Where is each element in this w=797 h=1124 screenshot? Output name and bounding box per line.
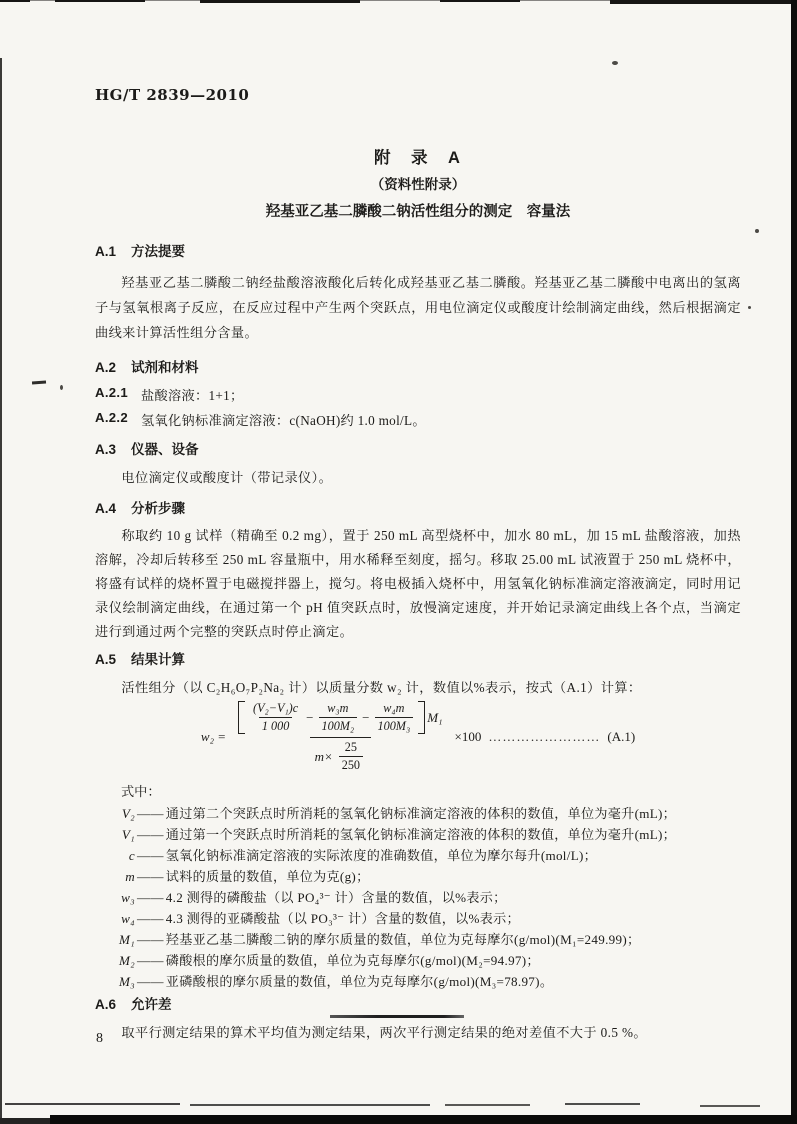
- section-a2-number: A.2: [95, 360, 116, 375]
- scan-bottom-edge: [50, 1115, 797, 1124]
- definition-row: V₁ —— 通过第一个突跃点时所消耗的氢氧化钠标准滴定溶液的体积的数值，单位为毫…: [95, 824, 741, 845]
- section-a2-heading: A.2 试剂和材料: [95, 356, 741, 376]
- scan-top-edge-segment: [0, 0, 30, 2]
- appendix-title: 附 录 A: [95, 144, 741, 168]
- section-a5-intro: 活性组分（以 C₂H₆O₇P₂Na₂ 计）以质量分数 w₂ 计，数值以%表示，按…: [95, 677, 741, 696]
- section-a5-title: 结果计算: [131, 648, 185, 668]
- leader-dots: ……………………: [488, 729, 600, 745]
- section-a4-body: 称取约 10 g 试样（精确至 0.2 mg），置于 250 mL 高型烧杯中，…: [95, 524, 741, 644]
- scan-left-edge: [0, 58, 2, 1124]
- page-number: 8: [96, 1031, 103, 1047]
- clause-a2-2: A.2.2 氢氧化钠标准滴定溶液：c(NaOH)约 1.0 mol/L。: [95, 410, 741, 429]
- scan-bottom-edge: [0, 1118, 50, 1124]
- right-square-bracket: [418, 701, 425, 734]
- equation-label: (A.1): [607, 729, 635, 745]
- section-a5-number: A.5: [95, 652, 116, 667]
- fraction-term-2: w₃m 100M₂: [319, 701, 358, 734]
- definition-row: w₃ —— 4.2 测得的磷酸盐（以 PO₄³⁻ 计）含量的数值，以%表示；: [95, 887, 741, 908]
- section-a6-body: 取平行测定结果的算术平均值为测定结果，两次平行测定结果的绝对差值不大于 0.5 …: [95, 1022, 741, 1041]
- definition-row: M₁ —— 羟基亚乙基二膦酸二钠的摩尔质量的数值，单位为克每摩尔(g/mol)(…: [95, 929, 741, 950]
- definition-row: M₃ —— 亚磷酸根的摩尔质量的数值，单位为克每摩尔(g/mol)(M₃=78.…: [95, 971, 741, 992]
- section-a6-title: 允许差: [131, 993, 172, 1013]
- denominator-fraction: 25 250: [339, 740, 363, 773]
- clause-a2-1-number: A.2.1: [95, 385, 128, 404]
- scan-fold-line: [700, 1105, 760, 1107]
- equation-lhs: w₂ =: [201, 729, 226, 745]
- section-a2-title: 试剂和材料: [131, 356, 199, 376]
- definition-row: w₄ —— 4.3 测得的亚磷酸盐（以 PO₃³⁻ 计）含量的数值，以%表示；: [95, 908, 741, 929]
- section-a4-number: A.4: [95, 501, 116, 516]
- section-a6-heading: A.6 允许差: [95, 993, 741, 1013]
- scan-fold-line: [565, 1103, 640, 1105]
- document-page: HG/T 2839—2010 附 录 A （资料性附录） 羟基亚乙基二膦酸二钠活…: [95, 0, 741, 1041]
- section-a5-heading: A.5 结果计算: [95, 648, 741, 668]
- definition-row: V₂ —— 通过第二个突跃点时所消耗的氢氧化钠标准滴定溶液的体积的数值，单位为毫…: [95, 803, 741, 824]
- definitions-list: V₂ —— 通过第二个突跃点时所消耗的氢氧化钠标准滴定溶液的体积的数值，单位为毫…: [95, 803, 741, 992]
- section-a4-heading: A.4 分析步骤: [95, 497, 741, 517]
- section-a1-heading: A.1 方法提要: [95, 240, 741, 260]
- definition-row: m —— 试料的质量的数值，单位为克(g)；: [95, 866, 741, 887]
- section-a3-title: 仪器、设备: [131, 438, 199, 458]
- standard-number-header: HG/T 2839—2010: [95, 86, 741, 104]
- times-100: ×100: [455, 729, 482, 745]
- scan-speck: [755, 229, 759, 233]
- equation-a1: w₂ = (V₂−V₁)c 1 000 − w₃m 100M₂ − w₄m 10…: [95, 701, 741, 773]
- fraction-term-1: (V₂−V₁)c 1 000: [250, 701, 301, 734]
- section-a3-number: A.3: [95, 442, 116, 457]
- bracket-factor: M₁: [427, 710, 442, 726]
- scan-speck: [60, 385, 63, 390]
- definition-row: c —— 氢氧化钠标准滴定溶液的实际浓度的准确数值，单位为摩尔每升(mol/L)…: [95, 845, 741, 866]
- clause-a2-1: A.2.1 盐酸溶液：1+1；: [95, 385, 741, 404]
- section-a6-number: A.6: [95, 997, 116, 1012]
- scan-fold-line: [445, 1104, 530, 1106]
- section-a1-title: 方法提要: [131, 240, 185, 260]
- where-label: 式中：: [121, 781, 741, 800]
- scan-margin-mark: [32, 381, 46, 384]
- appendix-heading: 羟基亚乙基二膦酸二钠活性组分的测定 容量法: [95, 200, 741, 221]
- minus-operator: −: [306, 710, 313, 726]
- section-a4-title: 分析步骤: [131, 497, 185, 517]
- fraction-term-3: w₄m 100M₃: [375, 701, 414, 734]
- clause-a2-2-text: 氢氧化钠标准滴定溶液：c(NaOH)约 1.0 mol/L。: [141, 410, 426, 429]
- appendix-subtitle: （资料性附录）: [95, 173, 741, 193]
- scan-fold-line: [5, 1103, 180, 1105]
- section-a3-body: 电位滴定仪或酸度计（带记录仪）。: [95, 467, 741, 486]
- end-of-document-rule: [330, 1015, 464, 1018]
- clause-a2-1-text: 盐酸溶液：1+1；: [141, 385, 243, 404]
- section-a1-number: A.1: [95, 244, 116, 259]
- scan-fold-line: [190, 1104, 430, 1106]
- scan-right-edge: [791, 0, 797, 1124]
- minus-operator: −: [362, 710, 369, 726]
- denominator-prefix: m×: [315, 749, 333, 765]
- section-a3-heading: A.3 仪器、设备: [95, 438, 741, 458]
- section-a1-body: 羟基亚乙基二膦酸二钠经盐酸溶液酸化后转化成羟基亚乙基二膦酸。羟基亚乙基二膦酸中电…: [95, 270, 741, 345]
- clause-a2-2-number: A.2.2: [95, 410, 128, 429]
- definition-row: M₂ —— 磷酸根的摩尔质量的数值，单位为克每摩尔(g/mol)(M₂=94.9…: [95, 950, 741, 971]
- scan-speck: [748, 306, 751, 309]
- equation-main-fraction: (V₂−V₁)c 1 000 − w₃m 100M₂ − w₄m 100M₃ M…: [233, 701, 448, 773]
- left-square-bracket: [238, 701, 245, 734]
